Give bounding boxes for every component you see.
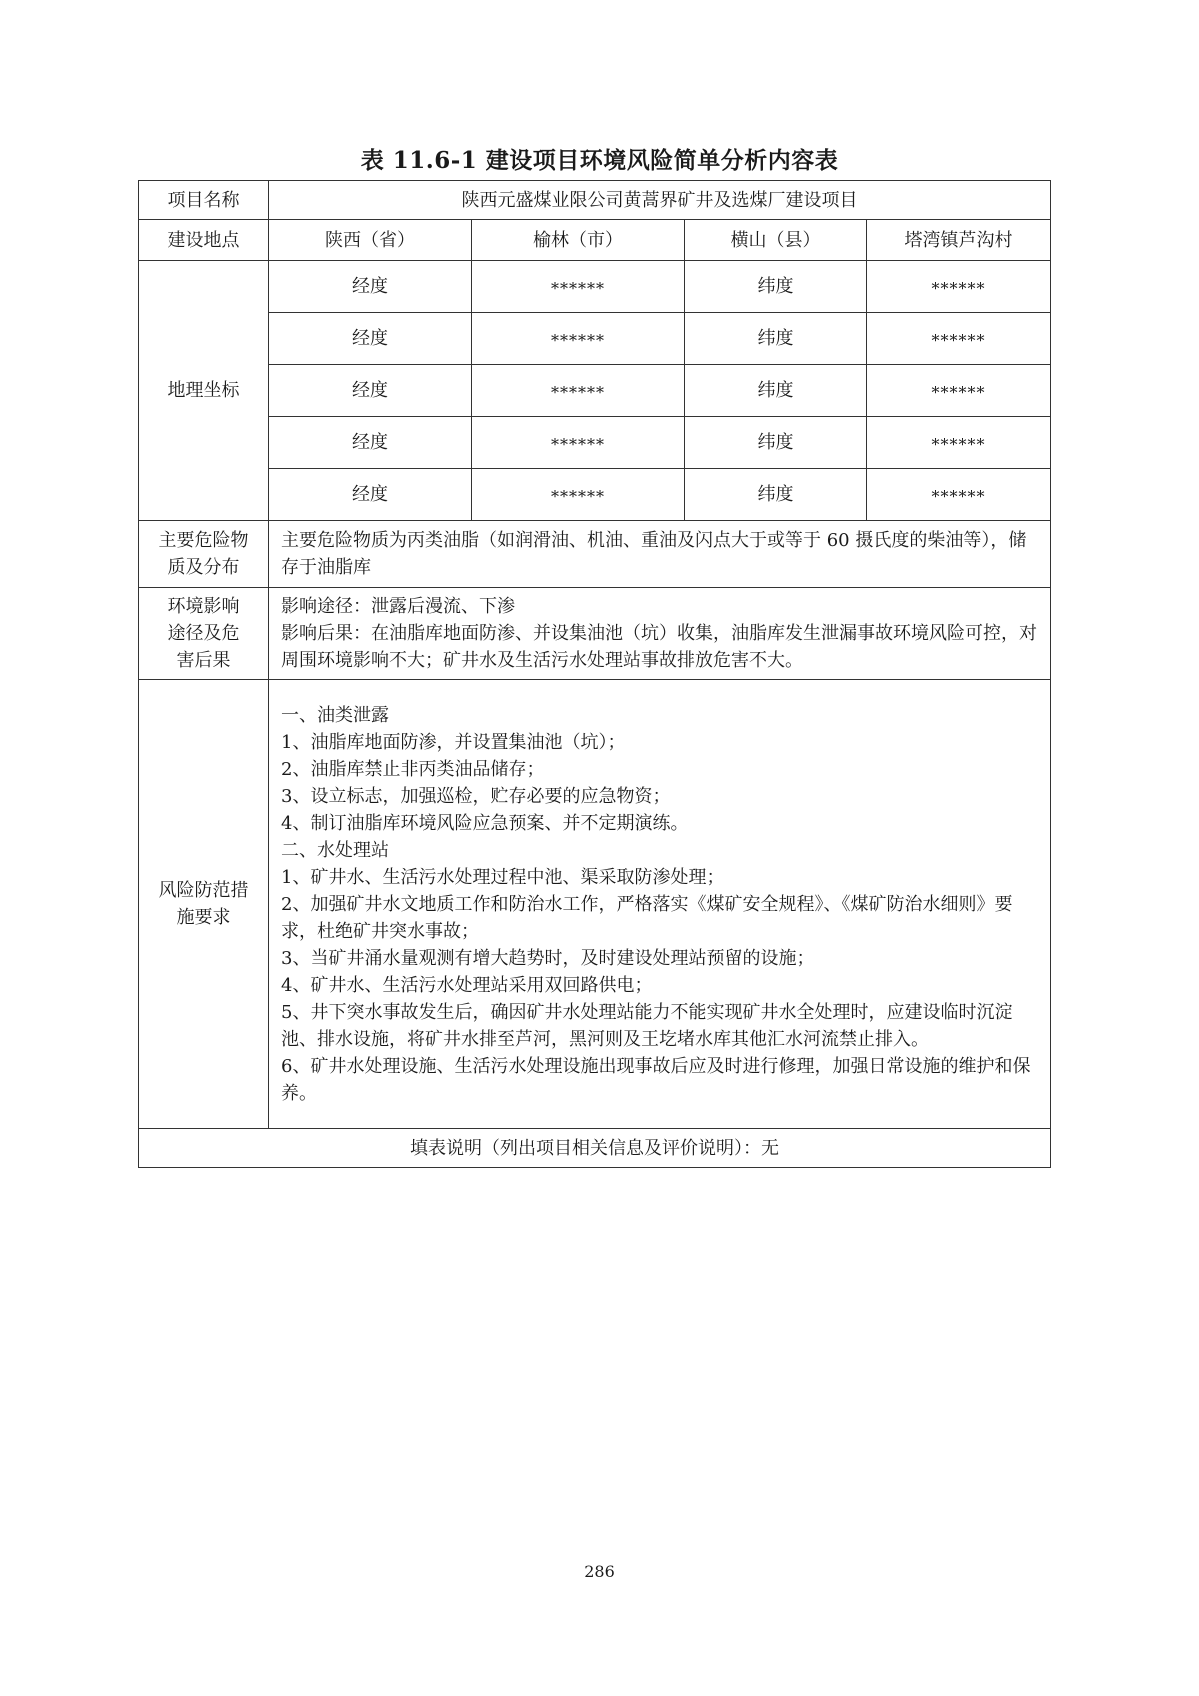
risk-line: 1、油脂库地面防渗，并设置集油池（坑）； — [281, 729, 1038, 756]
location-county: 横山（县） — [685, 220, 867, 261]
risk-line: 2、油脂库禁止非丙类油品储存； — [281, 756, 1038, 783]
latitude-value: ****** — [867, 469, 1051, 521]
hazardous-label-line: 质及分布 — [143, 554, 264, 581]
latitude-label: 纬度 — [685, 469, 867, 521]
risk-line: 6、矿井水处理设施、生活污水处理设施出现事故后应及时进行修理，加强日常设施的维护… — [281, 1053, 1038, 1107]
risk-line: 二、水处理站 — [281, 837, 1038, 864]
page-number: 286 — [0, 1562, 1199, 1581]
longitude-value: ****** — [472, 313, 685, 365]
project-name-row: 项目名称 陕西元盛煤业限公司黄蒿界矿井及选煤厂建设项目 — [139, 181, 1051, 220]
longitude-label: 经度 — [269, 417, 472, 469]
longitude-label: 经度 — [269, 261, 472, 313]
location-province: 陕西（省） — [269, 220, 472, 261]
project-name-value: 陕西元盛煤业限公司黄蒿界矿井及选煤厂建设项目 — [269, 181, 1051, 220]
location-row: 建设地点 陕西（省） 榆林（市） 横山（县） 塔湾镇芦沟村 — [139, 220, 1051, 261]
latitude-value: ****** — [867, 365, 1051, 417]
longitude-value: ****** — [472, 417, 685, 469]
hazardous-text: 主要危险物质为丙类油脂（如润滑油、机油、重油及闪点大于或等于 60 摄氏度的柴油… — [269, 521, 1051, 588]
hazardous-substances-row: 主要危险物 质及分布 主要危险物质为丙类油脂（如润滑油、机油、重油及闪点大于或等… — [139, 521, 1051, 588]
coordinates-label: 地理坐标 — [139, 261, 269, 521]
coordinate-row: 经度 ****** 纬度 ****** — [139, 417, 1051, 469]
risk-line: 一、油类泄露 — [281, 702, 1038, 729]
risk-analysis-table: 项目名称 陕西元盛煤业限公司黄蒿界矿井及选煤厂建设项目 建设地点 陕西（省） 榆… — [138, 180, 1051, 1168]
longitude-label: 经度 — [269, 365, 472, 417]
risk-line: 3、当矿井涌水量观测有增大趋势时，及时建设处理站预留的设施； — [281, 945, 1038, 972]
longitude-value: ****** — [472, 469, 685, 521]
coordinate-row: 经度 ****** 纬度 ****** — [139, 469, 1051, 521]
environment-text: 影响途径：泄露后漫流、下渗 影响后果：在油脂库地面防渗、并设集油池（坑）收集，油… — [269, 588, 1051, 680]
environment-line: 影响后果：在油脂库地面防渗、并设集油池（坑）收集，油脂库发生泄漏事故环境风险可控… — [281, 620, 1038, 674]
latitude-label: 纬度 — [685, 261, 867, 313]
location-town: 塔湾镇芦沟村 — [867, 220, 1051, 261]
latitude-label: 纬度 — [685, 365, 867, 417]
latitude-label: 纬度 — [685, 313, 867, 365]
risk-measures-row: 风险防范措 施要求 一、油类泄露 1、油脂库地面防渗，并设置集油池（坑）； 2、… — [139, 680, 1051, 1129]
longitude-label: 经度 — [269, 469, 472, 521]
longitude-label: 经度 — [269, 313, 472, 365]
latitude-label: 纬度 — [685, 417, 867, 469]
risk-line: 3、设立标志，加强巡检，贮存必要的应急物资； — [281, 783, 1038, 810]
risk-label-line: 施要求 — [143, 904, 264, 931]
environment-impact-row: 环境影响 途径及危 害后果 影响途径：泄露后漫流、下渗 影响后果：在油脂库地面防… — [139, 588, 1051, 680]
location-city: 榆林（市） — [472, 220, 685, 261]
fill-note: 填表说明（列出项目相关信息及评价说明）：无 — [139, 1129, 1051, 1168]
coordinate-row: 地理坐标 经度 ****** 纬度 ****** — [139, 261, 1051, 313]
latitude-value: ****** — [867, 417, 1051, 469]
fill-note-row: 填表说明（列出项目相关信息及评价说明）：无 — [139, 1129, 1051, 1168]
hazardous-label: 主要危险物 质及分布 — [139, 521, 269, 588]
risk-line: 5、井下突水事故发生后，确因矿井水处理站能力不能实现矿井水全处理时，应建设临时沉… — [281, 999, 1038, 1053]
coordinate-row: 经度 ****** 纬度 ****** — [139, 365, 1051, 417]
environment-label-line: 害后果 — [143, 647, 264, 674]
latitude-value: ****** — [867, 313, 1051, 365]
risk-line: 2、加强矿井水文地质工作和防治水工作，严格落实《煤矿安全规程》、《煤矿防治水细则… — [281, 891, 1038, 945]
environment-label-line: 途径及危 — [143, 620, 264, 647]
environment-label-line: 环境影响 — [143, 593, 264, 620]
risk-line: 4、制订油脂库环境风险应急预案、并不定期演练。 — [281, 810, 1038, 837]
latitude-value: ****** — [867, 261, 1051, 313]
hazardous-label-line: 主要危险物 — [143, 527, 264, 554]
risk-measures-text: 一、油类泄露 1、油脂库地面防渗，并设置集油池（坑）； 2、油脂库禁止非丙类油品… — [269, 680, 1051, 1129]
risk-measures-label: 风险防范措 施要求 — [139, 680, 269, 1129]
project-name-label: 项目名称 — [139, 181, 269, 220]
environment-line: 影响途径：泄露后漫流、下渗 — [281, 593, 1038, 620]
longitude-value: ****** — [472, 261, 685, 313]
environment-label: 环境影响 途径及危 害后果 — [139, 588, 269, 680]
risk-line: 4、矿井水、生活污水处理站采用双回路供电； — [281, 972, 1038, 999]
location-label: 建设地点 — [139, 220, 269, 261]
risk-label-line: 风险防范措 — [143, 877, 264, 904]
table-title: 表 11.6-1 建设项目环境风险简单分析内容表 — [0, 142, 1199, 175]
longitude-value: ****** — [472, 365, 685, 417]
risk-line: 1、矿井水、生活污水处理过程中池、渠采取防渗处理； — [281, 864, 1038, 891]
coordinate-row: 经度 ****** 纬度 ****** — [139, 313, 1051, 365]
